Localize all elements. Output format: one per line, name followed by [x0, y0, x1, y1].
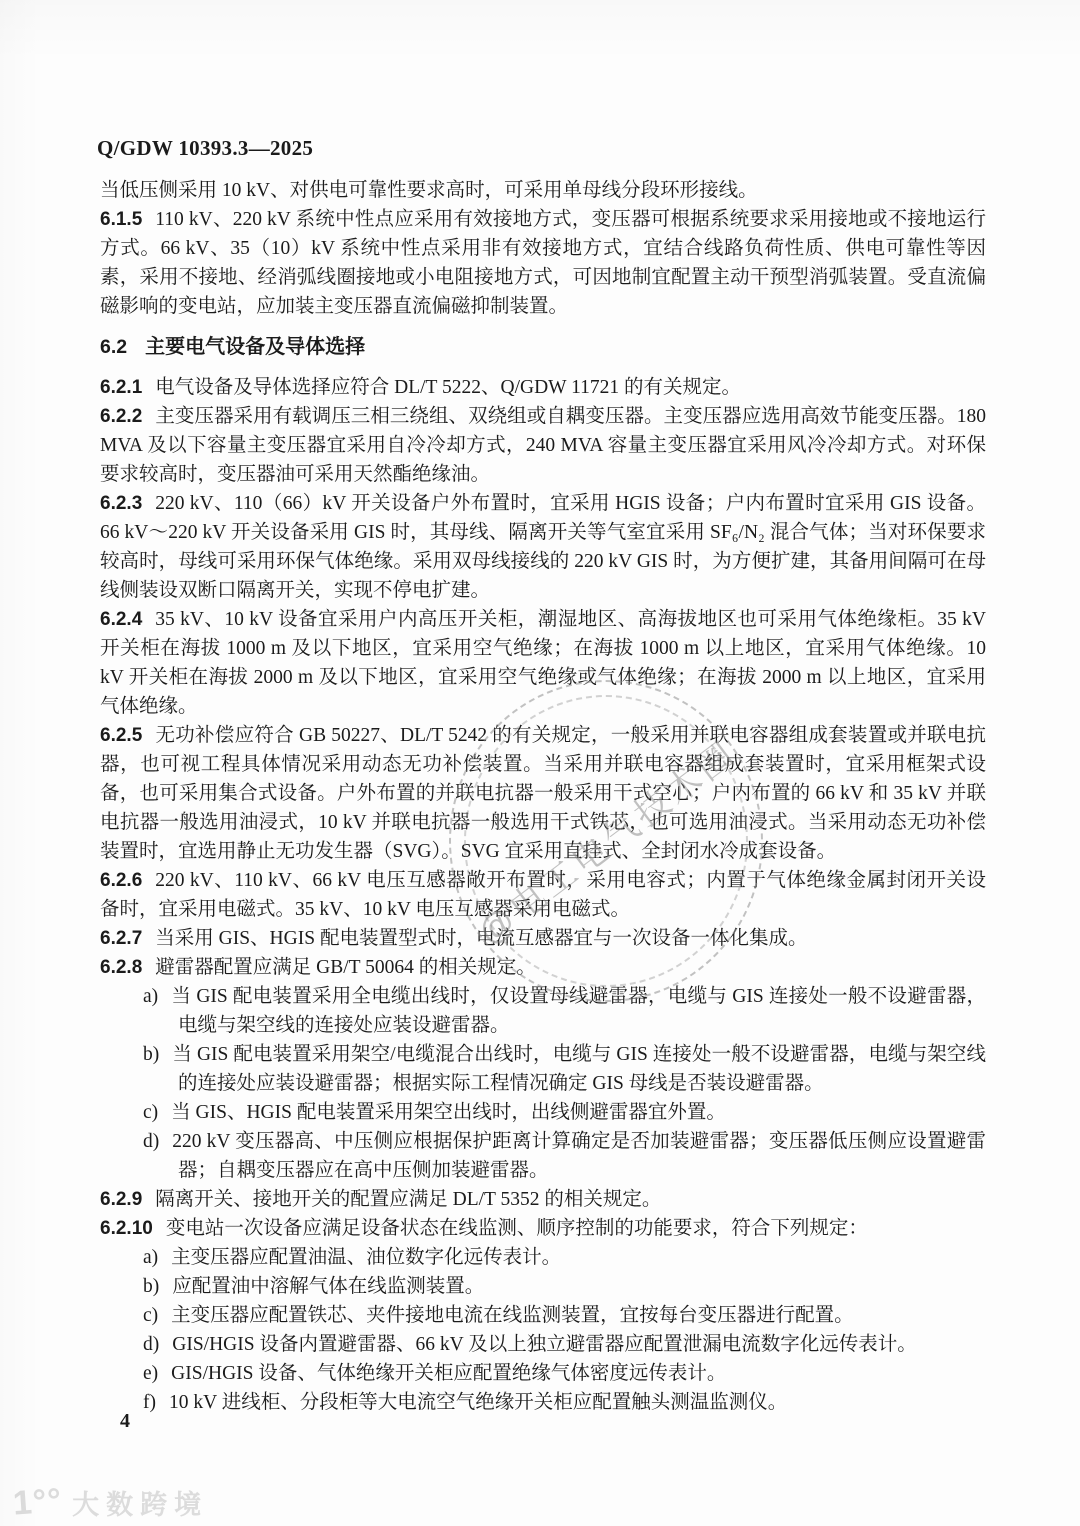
clause: 6.2.8避雷器配置应满足 GB/T 50064 的相关规定。 — [100, 953, 986, 982]
clause: 6.2.2主变压器采用有载调压三相三绕组、双绕组或自耦变压器。主变压器应选用高效… — [100, 402, 986, 489]
list-item-label: c) — [143, 1305, 158, 1326]
clause-number: 6.2.8 — [100, 957, 142, 978]
clause: 6.2.6220 kV、110 kV、66 kV 电压互感器敞开布置时，采用电容… — [100, 866, 986, 924]
list-item-label: d) — [143, 1131, 159, 1152]
clause-text: 220 kV、110 kV、66 kV 电压互感器敞开布置时，采用电容式；内置于… — [100, 870, 986, 920]
clause: 6.2.9隔离开关、接地开关的配置应满足 DL/T 5352 的相关规定。 — [100, 1185, 986, 1214]
heading-title: 主要电气设备及导体选择 — [145, 336, 365, 358]
clause-number: 6.2.9 — [100, 1189, 142, 1210]
list-item-label: e) — [143, 1363, 158, 1384]
clause: 6.2.1电气设备及导体选择应符合 DL/T 5222、Q/GDW 11721 … — [100, 373, 986, 402]
footer-watermark: 1°° 大数跨境 — [13, 1483, 208, 1522]
list-item: d)GIS/HGIS 设备内置避雷器、66 kV 及以上独立避雷器应配置泄漏电流… — [100, 1330, 986, 1359]
clause-number: 6.2.3 — [100, 493, 142, 514]
clause: 6.2.5无功补偿应符合 GB 50227、DL/T 5242 的有关规定，一般… — [100, 721, 986, 866]
list-item-label: d) — [143, 1334, 159, 1355]
clause-number: 6.2.6 — [100, 870, 142, 891]
clause: 6.2.435 kV、10 kV 设备宜采用户内高压开关柜，潮湿地区、高海拔地区… — [100, 605, 986, 721]
section-heading: 6.2主要电气设备及导体选择 — [100, 333, 986, 362]
list-item: e)GIS/HGIS 设备、气体绝缘开关柜应配置绝缘气体密度远传表计。 — [100, 1359, 986, 1388]
list-item-label: a) — [143, 1247, 158, 1268]
list-item-text: 当 GIS 配电装置采用架空/电缆混合出线时，电缆与 GIS 连接处一般不设避雷… — [172, 1044, 986, 1094]
clause-text: 避雷器配置应满足 GB/T 50064 的相关规定。 — [155, 957, 535, 978]
list-item-label: b) — [143, 1044, 159, 1065]
list-item-label: b) — [143, 1276, 159, 1297]
list-item: b)应配置油中溶解气体在线监测装置。 — [100, 1272, 986, 1301]
list-item-text: GIS/HGIS 设备、气体绝缘开关柜应配置绝缘气体密度远传表计。 — [171, 1363, 726, 1384]
clause-text: 电气设备及导体选择应符合 DL/T 5222、Q/GDW 11721 的有关规定… — [155, 377, 741, 398]
clause-number: 6.2.2 — [100, 406, 142, 427]
list-item-text: GIS/HGIS 设备内置避雷器、66 kV 及以上独立避雷器应配置泄漏电流数字… — [172, 1334, 916, 1355]
clause-text: 35 kV、10 kV 设备宜采用户内高压开关柜，潮湿地区、高海拔地区也可采用气… — [100, 609, 986, 717]
list-item-text: 主变压器应配置油温、油位数字化远传表计。 — [171, 1247, 561, 1268]
list-item-text: 10 kV 进线柜、分段柜等大电流空气绝缘开关柜应配置触头测温监测仪。 — [169, 1392, 787, 1413]
clause-text: 220 kV、110（66）kV 开关设备户外布置时，宜采用 HGIS 设备；户… — [100, 493, 986, 601]
footer-logo-icon: 1°° — [12, 1481, 64, 1523]
document-body: 当低压侧采用 10 kV、对供电可靠性要求高时，可采用单母线分段环形接线。6.1… — [100, 176, 986, 1417]
list-item: c)当 GIS、HGIS 配电装置采用架空出线时，出线侧避雷器宜外置。 — [100, 1098, 986, 1127]
clause-text: 当采用 GIS、HGIS 配电装置型式时，电流互感器宜与一次设备一体化集成。 — [155, 928, 807, 949]
clause-number: 6.2.5 — [100, 725, 142, 746]
clause: 6.2.10变电站一次设备应满足设备状态在线监测、顺序控制的功能要求，符合下列规… — [100, 1214, 986, 1243]
list-item: a)主变压器应配置油温、油位数字化远传表计。 — [100, 1243, 986, 1272]
clause-number: 6.2.1 — [100, 377, 142, 398]
clause-number: 6.2.4 — [100, 609, 142, 630]
clause-text: 变电站一次设备应满足设备状态在线监测、顺序控制的功能要求，符合下列规定： — [166, 1218, 868, 1239]
clause-number: 6.2.10 — [100, 1218, 153, 1239]
list-item-label: a) — [143, 986, 158, 1007]
clause: 6.2.3220 kV、110（66）kV 开关设备户外布置时，宜采用 HGIS… — [100, 489, 986, 605]
clause-text: 隔离开关、接地开关的配置应满足 DL/T 5352 的相关规定。 — [155, 1189, 661, 1210]
list-item-text: 主变压器应配置铁芯、夹件接地电流在线监测装置，宜按每台变压器进行配置。 — [171, 1305, 854, 1326]
list-item: f)10 kV 进线柜、分段柜等大电流空气绝缘开关柜应配置触头测温监测仪。 — [100, 1388, 986, 1417]
list-item-label: c) — [143, 1102, 158, 1123]
footer-logo-text: 大数跨境 — [72, 1483, 208, 1522]
page-number: 4 — [120, 1410, 130, 1433]
clause-number: 6.2.7 — [100, 928, 142, 949]
heading-number: 6.2 — [100, 336, 127, 358]
list-item-text: 220 kV 变压器高、中压侧应根据保护距离计算确定是否加装避雷器；变压器低压侧… — [172, 1131, 986, 1181]
list-item: a)当 GIS 配电装置采用全电缆出线时，仅设置母线避雷器，电缆与 GIS 连接… — [100, 982, 986, 1040]
clause-text: 110 kV、220 kV 系统中性点应采用有效接地方式，变压器可根据系统要求采… — [100, 209, 986, 317]
list-item: d)220 kV 变压器高、中压侧应根据保护距离计算确定是否加装避雷器；变压器低… — [100, 1127, 986, 1185]
document-page: Q/GDW 10393.3—2025 当低压侧采用 10 kV、对供电可靠性要求… — [0, 0, 1080, 1526]
paragraph: 当低压侧采用 10 kV、对供电可靠性要求高时，可采用单母线分段环形接线。 — [100, 176, 986, 205]
list-item-text: 当 GIS 配电装置采用全电缆出线时，仅设置母线避雷器，电缆与 GIS 连接处一… — [171, 986, 986, 1036]
list-item-label: f) — [143, 1392, 156, 1413]
standard-number-header: Q/GDW 10393.3—2025 — [97, 136, 313, 161]
clause: 6.2.7当采用 GIS、HGIS 配电装置型式时，电流互感器宜与一次设备一体化… — [100, 924, 986, 953]
list-item: b)当 GIS 配电装置采用架空/电缆混合出线时，电缆与 GIS 连接处一般不设… — [100, 1040, 986, 1098]
list-item-text: 当 GIS、HGIS 配电装置采用架空出线时，出线侧避雷器宜外置。 — [171, 1102, 726, 1123]
clause-number: 6.1.5 — [100, 209, 142, 230]
list-item: c)主变压器应配置铁芯、夹件接地电流在线监测装置，宜按每台变压器进行配置。 — [100, 1301, 986, 1330]
clause: 6.1.5110 kV、220 kV 系统中性点应采用有效接地方式，变压器可根据… — [100, 205, 986, 321]
list-item-text: 应配置油中溶解气体在线监测装置。 — [172, 1276, 484, 1297]
clause-text: 无功补偿应符合 GB 50227、DL/T 5242 的有关规定，一般采用并联电… — [100, 725, 986, 862]
clause-text: 主变压器采用有载调压三相三绕组、双绕组或自耦变压器。主变压器应选用高效节能变压器… — [100, 406, 986, 485]
